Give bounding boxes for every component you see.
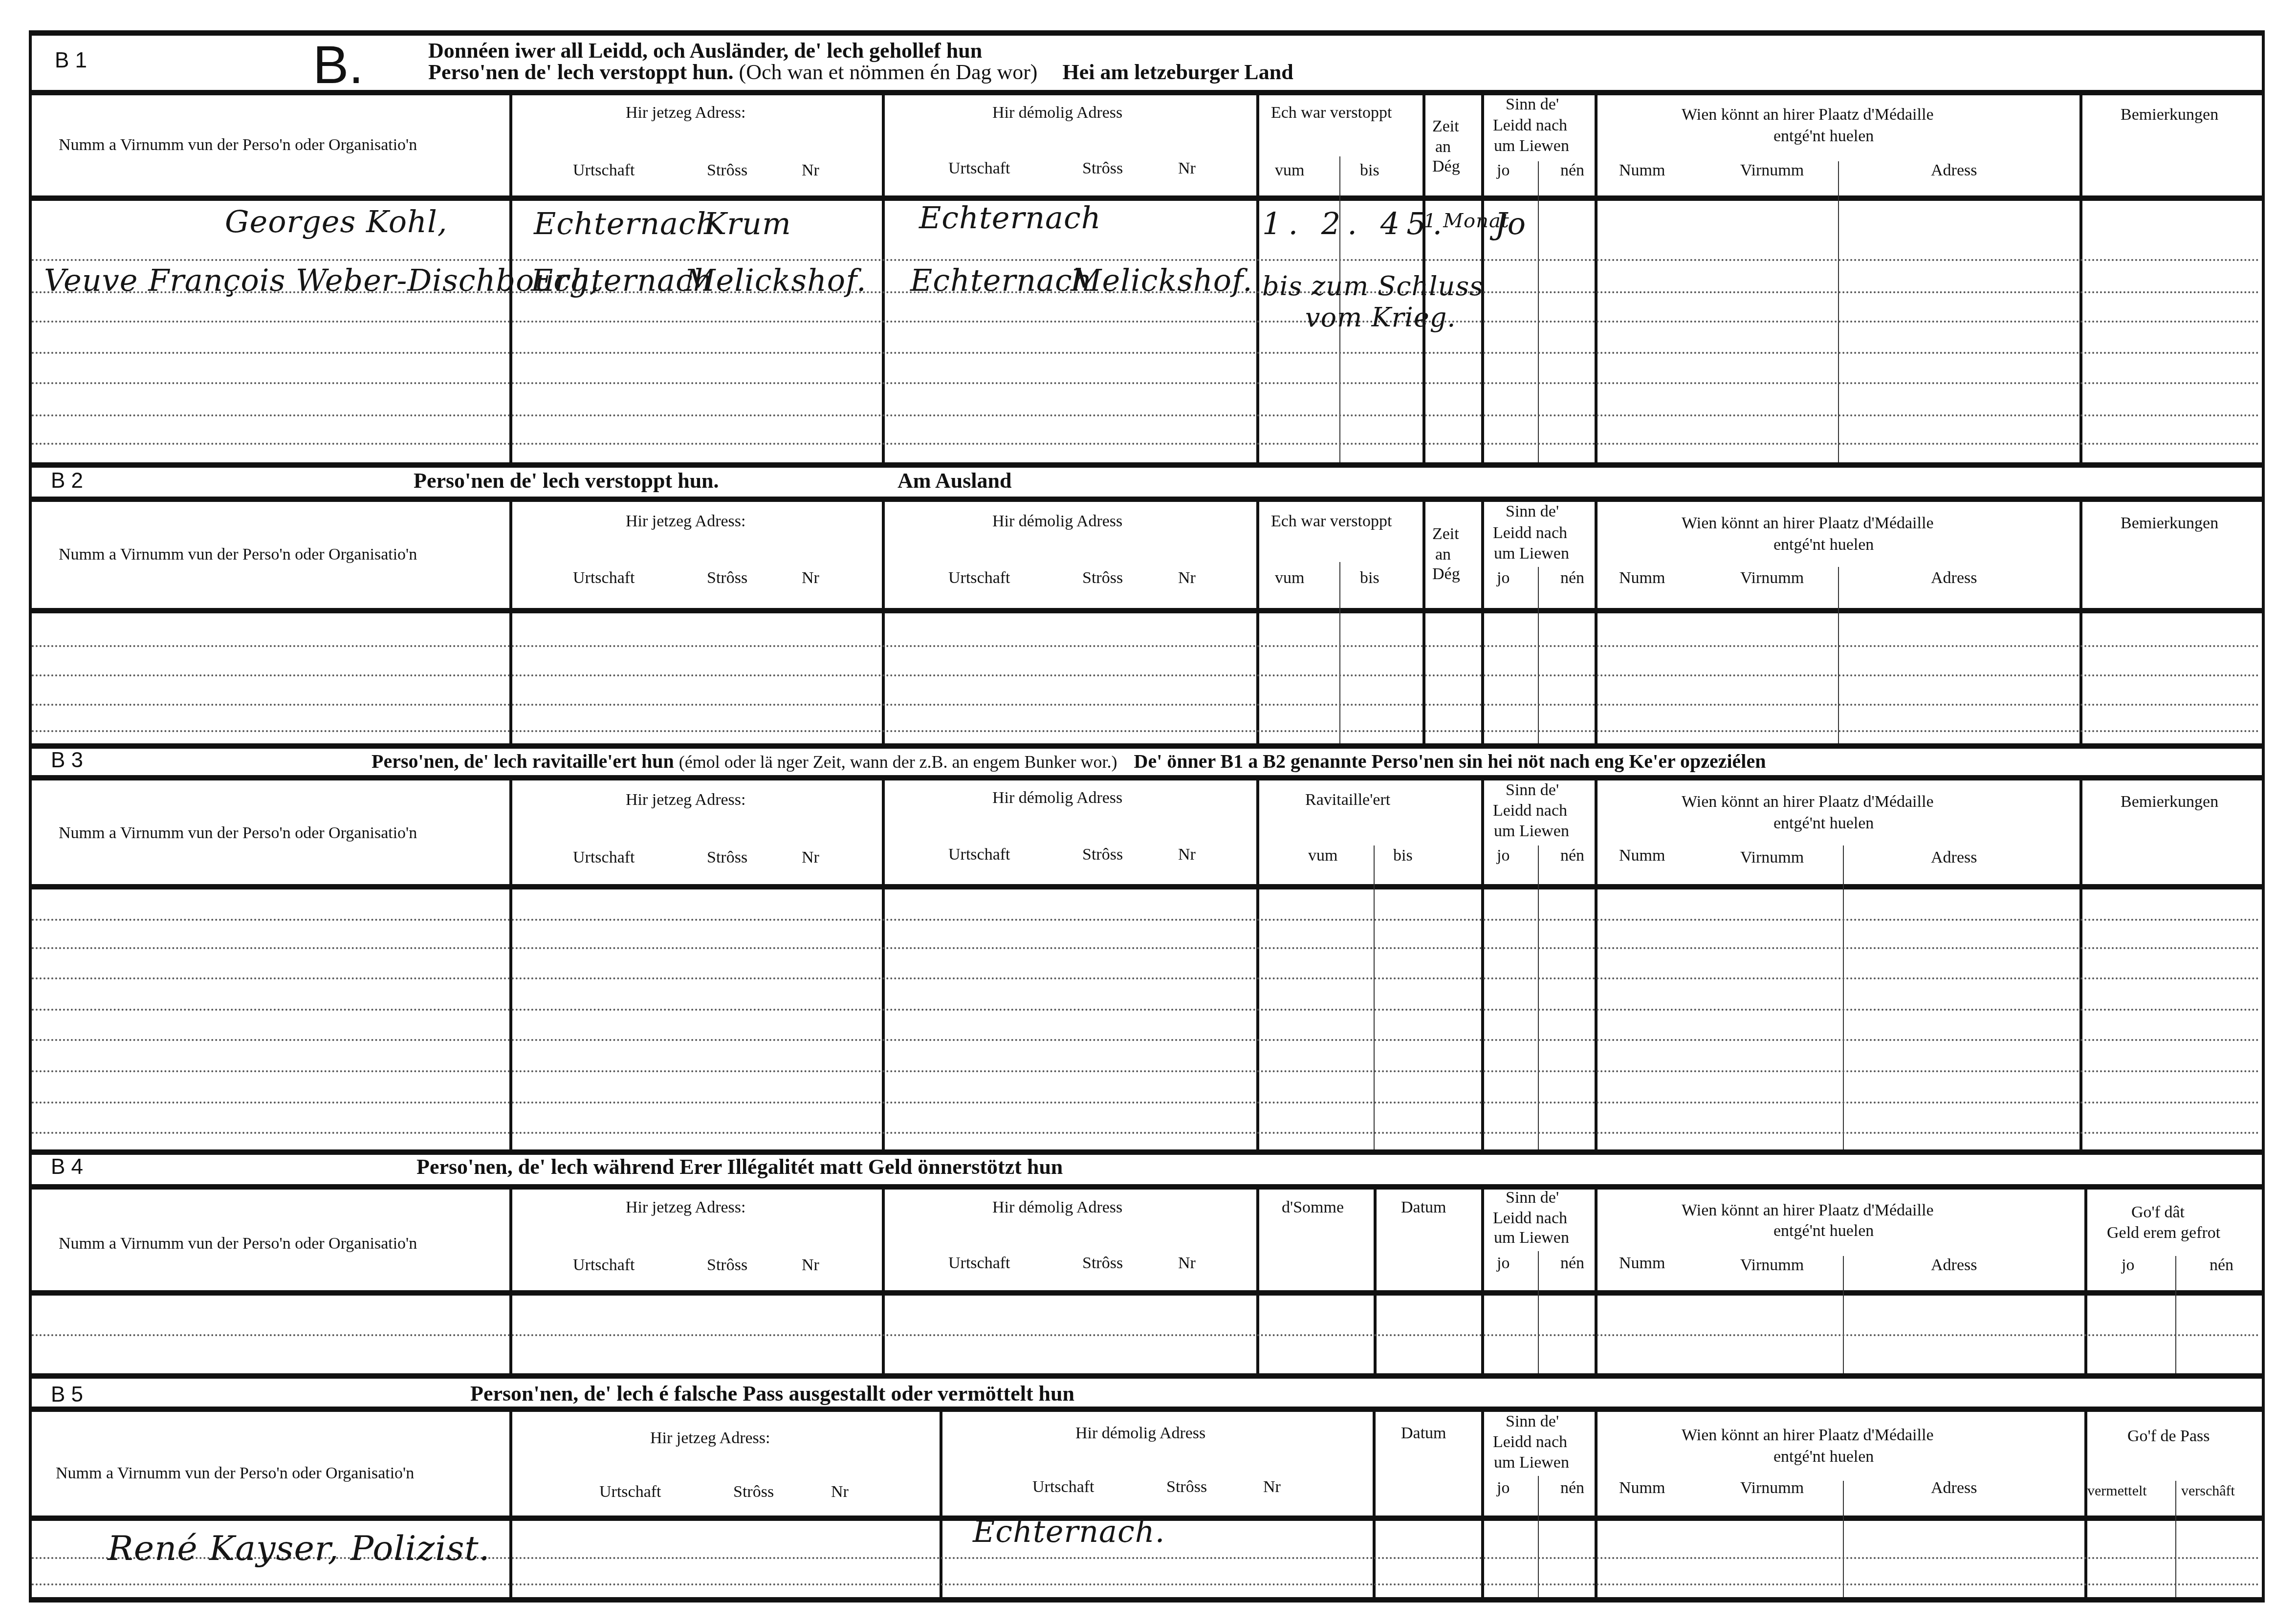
section-id: B 5	[51, 1383, 83, 1407]
header-from: vum	[1275, 569, 1304, 587]
header-medal-1: Wien könnt an hirer Plaatz d'Médaille	[1682, 1426, 1934, 1444]
col-divider	[1595, 1412, 1598, 1597]
entry-line	[32, 382, 2261, 384]
col-divider-thin	[2175, 1481, 2176, 1597]
entry-line	[32, 947, 2261, 949]
header-place: Urtschaft	[599, 1483, 661, 1501]
header-medal-name: Numm	[1619, 569, 1665, 587]
header-current-address: Hir jetzeg Adress:	[650, 1429, 770, 1447]
header-street: Strôss	[707, 1256, 747, 1274]
header-date: Datum	[1401, 1198, 1446, 1216]
col-divider	[1422, 502, 1425, 743]
entry-line	[32, 321, 2261, 323]
col-divider	[1256, 95, 1259, 462]
header-money-2: Geld erem gefrot	[2107, 1224, 2220, 1242]
header-to: bis	[1393, 846, 1413, 865]
header-current-address: Hir jetzeg Adress:	[626, 512, 746, 530]
header-nr: Nr	[1263, 1478, 1281, 1496]
section-title-line1: Donnéen iwer all Leidd, och Ausländer, d…	[428, 39, 982, 63]
col-divider	[1374, 1190, 1377, 1373]
header-saved-2: Leidd nach	[1493, 1209, 1567, 1227]
header-yes: jo	[1497, 161, 1510, 179]
header-street: Strôss	[707, 161, 747, 179]
col-divider	[1373, 1412, 1376, 1597]
header-medal-1: Wien könnt an hirer Plaatz d'Médaille	[1682, 793, 1934, 811]
col-divider-thin	[1843, 1256, 1844, 1373]
header-hidden: Ech war verstoppt	[1271, 512, 1392, 530]
entry-from[interactable]: 1. 2. 45.	[1262, 207, 1449, 240]
col-divider	[1256, 1190, 1259, 1373]
col-divider-thin	[1538, 845, 1539, 1149]
header-medal-firstname: Virnumm	[1740, 848, 1804, 866]
rule	[29, 195, 2265, 201]
header-saved-3: um Liewen	[1494, 822, 1569, 840]
header-medal-2: entgé'nt huelen	[1773, 1448, 1874, 1466]
col-divider	[882, 780, 885, 1149]
header-former-address: Hir démolig Adress	[992, 1198, 1122, 1216]
col-divider	[1481, 780, 1484, 1149]
section-title: Perso'nen, de' lech ravitaille'ert hun (…	[372, 751, 1766, 772]
rule	[29, 775, 2265, 780]
section-title-line2: Perso'nen de' lech verstoppt hun. (Och w…	[428, 61, 1293, 84]
col-divider-thin	[1843, 1481, 1844, 1597]
header-medal-name: Numm	[1619, 1254, 1665, 1272]
rule	[29, 30, 2265, 36]
entry-line	[32, 259, 2261, 261]
entry-line	[32, 1132, 2261, 1134]
section-id: B 3	[51, 749, 83, 772]
header-medal-2: entgé'nt huelen	[1773, 814, 1874, 832]
section-id: B 1	[55, 49, 87, 72]
rule	[29, 608, 2265, 613]
col-divider	[940, 1412, 942, 1597]
col-divider	[882, 502, 885, 743]
col-divider	[1595, 95, 1598, 462]
header-street: Strôss	[1082, 845, 1123, 864]
entry-line	[32, 977, 2261, 979]
header-nr: Nr	[802, 1256, 819, 1274]
header-remarks: Bemierkungen	[2121, 514, 2218, 532]
col-divider-thin	[1374, 845, 1375, 1149]
col-divider	[882, 1190, 885, 1373]
header-days-1: Zeit	[1432, 525, 1459, 543]
rule	[29, 497, 2265, 502]
header-no: nén	[1560, 1479, 1584, 1497]
col-divider-thin	[2175, 1256, 2176, 1373]
header-name: Numm a Virnumm vun der Perso'n oder Orga…	[59, 1234, 417, 1253]
entry-line	[32, 730, 2261, 732]
rule	[29, 90, 2265, 95]
header-saved-3: um Liewen	[1494, 544, 1569, 563]
header-days-3: Dég	[1432, 157, 1460, 175]
header-medal-address: Adress	[1931, 569, 1977, 587]
rule	[29, 1184, 2265, 1190]
header-remarks: Bemierkungen	[2121, 106, 2218, 124]
header-saved-1: Sinn de'	[1506, 502, 1559, 520]
header-saved-1: Sinn de'	[1506, 781, 1559, 799]
entry-line	[32, 1334, 2261, 1336]
header-yes: jo	[1497, 1254, 1510, 1272]
header-days-1: Zeit	[1432, 117, 1459, 135]
section-title-tail: Am Ausland	[897, 469, 1012, 493]
header-saved-2: Leidd nach	[1493, 524, 1567, 542]
rule	[29, 1373, 2265, 1379]
entry-line	[32, 414, 2261, 416]
entry-line	[32, 704, 2261, 706]
rule	[29, 1597, 2265, 1602]
header-current-address: Hir jetzeg Adress:	[626, 791, 746, 809]
header-to: bis	[1360, 161, 1379, 179]
header-medal-2: entgé'nt huelen	[1773, 1222, 1874, 1240]
header-yes: jo	[1497, 846, 1510, 865]
section-title: Perso'nen, de' lech während Erer Illégal…	[416, 1155, 1063, 1179]
header-place: Urtschaft	[948, 845, 1010, 864]
col-divider	[2084, 1412, 2087, 1597]
header-pass-mediated: vermettelt	[2087, 1483, 2147, 1499]
header-nr: Nr	[1178, 569, 1196, 587]
header-nr: Nr	[1178, 159, 1196, 177]
header-current-address: Hir jetzeg Adress:	[626, 1198, 746, 1216]
entry-saved-yes[interactable]: Jo	[1495, 207, 1526, 240]
header-place: Urtschaft	[948, 159, 1010, 177]
header-no: nén	[1560, 569, 1584, 587]
header-saved-3: um Liewen	[1494, 137, 1569, 155]
entry-line	[32, 919, 2261, 921]
header-days-3: Dég	[1432, 565, 1460, 583]
header-medal-1: Wien könnt an hirer Plaatz d'Médaille	[1682, 514, 1934, 532]
header-date: Datum	[1401, 1424, 1446, 1442]
col-divider	[2079, 780, 2082, 1149]
header-pass: Go'f de Pass	[2127, 1427, 2210, 1445]
header-saved-2: Leidd nach	[1493, 801, 1567, 820]
entry-former-place[interactable]: Echternach	[919, 201, 1101, 235]
header-from: vum	[1308, 846, 1337, 865]
rule	[29, 1290, 2265, 1296]
entry-line	[32, 352, 2261, 354]
header-sum: d'Somme	[1282, 1198, 1344, 1216]
rule	[29, 884, 2265, 889]
col-divider	[1595, 1190, 1598, 1373]
entry-line	[32, 1102, 2261, 1104]
entry-former-place[interactable]: Echternach.	[973, 1515, 1165, 1548]
col-divider	[1595, 780, 1598, 1149]
col-divider	[882, 95, 885, 462]
header-nr: Nr	[831, 1483, 849, 1501]
col-divider	[1481, 1412, 1484, 1597]
col-divider-thin	[1538, 1476, 1539, 1597]
col-divider	[1595, 502, 1598, 743]
header-place: Urtschaft	[948, 1254, 1010, 1272]
header-name: Numm a Virnumm vun der Perso'n oder Orga…	[56, 1464, 414, 1482]
header-medal-address: Adress	[1931, 1479, 1977, 1497]
header-place: Urtschaft	[573, 569, 635, 587]
col-divider	[509, 1412, 512, 1597]
entry-former-place[interactable]: Echternach	[910, 264, 1093, 297]
header-place: Urtschaft	[573, 161, 635, 179]
header-saved-1: Sinn de'	[1506, 1189, 1559, 1207]
entry-current-street[interactable]: Krum	[704, 207, 791, 240]
header-medal-firstname: Virnumm	[1740, 1256, 1804, 1274]
col-divider	[2079, 95, 2082, 462]
col-divider-thin	[1838, 161, 1839, 462]
header-street: Strôss	[733, 1483, 774, 1501]
section-id: B 4	[51, 1155, 83, 1179]
header-remarks: Bemierkungen	[2121, 793, 2218, 811]
header-days-2: an	[1435, 138, 1451, 156]
header-name: Numm a Virnumm vun der Perso'n oder Orga…	[59, 545, 417, 563]
header-saved-1: Sinn de'	[1506, 95, 1559, 113]
header-street: Strôss	[707, 569, 747, 587]
header-yes: jo	[1497, 1479, 1510, 1497]
col-divider	[2084, 1190, 2087, 1373]
rule	[29, 462, 2265, 468]
header-street: Strôss	[707, 848, 747, 866]
col-divider-thin	[1838, 567, 1839, 743]
col-divider	[1481, 1190, 1484, 1373]
col-divider-thin	[1339, 562, 1340, 743]
header-place: Urtschaft	[948, 569, 1010, 587]
col-divider	[509, 780, 512, 1149]
header-former-address: Hir démolig Adress	[992, 789, 1122, 807]
header-supplied: Ravitaille'ert	[1305, 791, 1390, 809]
header-nr: Nr	[802, 161, 819, 179]
header-medal-name: Numm	[1619, 161, 1665, 179]
entry-period-2[interactable]: vom Krieg.	[1305, 303, 1456, 332]
header-no: nén	[1560, 161, 1584, 179]
header-medal-name: Numm	[1619, 846, 1665, 865]
rule	[29, 1407, 2265, 1412]
header-nr: Nr	[802, 569, 819, 587]
header-name: Numm a Virnumm vun der Perso'n oder Orga…	[59, 824, 417, 842]
header-street: Strôss	[1082, 159, 1123, 177]
header-former-address: Hir démolig Adress	[992, 512, 1122, 530]
header-medal-1: Wien könnt an hirer Plaatz d'Médaille	[1682, 106, 1934, 124]
col-divider	[1481, 502, 1484, 743]
col-divider	[1256, 780, 1259, 1149]
header-pass-provided: verschâft	[2181, 1483, 2235, 1499]
header-medal-2: entgé'nt huelen	[1773, 127, 1874, 145]
header-medal-firstname: Virnumm	[1740, 569, 1804, 587]
entry-name[interactable]: Veuve François Weber-Dischbourg,	[44, 264, 599, 297]
header-no: nén	[1560, 1254, 1584, 1272]
header-saved-2: Leidd nach	[1493, 116, 1567, 134]
col-divider-thin	[1538, 567, 1539, 743]
header-money-yes: jo	[2122, 1256, 2134, 1274]
section-title: Perso'nen de' lech verstoppt hun.	[414, 469, 719, 493]
entry-name[interactable]: René Kayser, Polizist.	[108, 1530, 490, 1567]
col-divider	[509, 1190, 512, 1373]
header-days-2: an	[1435, 545, 1451, 563]
header-place: Urtschaft	[573, 1256, 635, 1274]
header-medal-firstname: Virnumm	[1740, 1479, 1804, 1497]
header-former-address: Hir démolig Adress	[1075, 1424, 1205, 1442]
entry-current-place[interactable]: Echternach	[534, 207, 716, 240]
header-to: bis	[1360, 569, 1379, 587]
header-medal-address: Adress	[1931, 1256, 1977, 1274]
header-saved-2: Leidd nach	[1493, 1433, 1567, 1451]
entry-period-1[interactable]: bis zum Schluss	[1262, 272, 1484, 301]
header-hidden: Ech war verstoppt	[1271, 104, 1392, 122]
entry-line	[32, 1039, 2261, 1041]
header-name: Numm a Virnumm vun der Perso'n oder Orga…	[59, 136, 417, 154]
header-saved-3: um Liewen	[1494, 1229, 1569, 1247]
form-letter: B.	[313, 35, 364, 94]
header-medal-name: Numm	[1619, 1479, 1665, 1497]
header-medal-2: entgé'nt huelen	[1773, 536, 1874, 554]
entry-line	[32, 645, 2261, 647]
entry-former-street[interactable]: Melickshof.	[1071, 264, 1253, 297]
rule	[29, 743, 2265, 749]
entry-line	[32, 443, 2261, 445]
header-nr: Nr	[1178, 845, 1196, 864]
header-medal-firstname: Virnumm	[1740, 161, 1804, 179]
header-street: Strôss	[1166, 1478, 1207, 1496]
header-former-address: Hir démolig Adress	[992, 104, 1122, 122]
rule	[29, 1149, 2265, 1155]
header-medal-address: Adress	[1931, 848, 1977, 866]
entry-line	[32, 1583, 2261, 1585]
header-saved-3: um Liewen	[1494, 1453, 1569, 1472]
col-divider-thin	[1538, 1251, 1539, 1373]
entry-line	[32, 1009, 2261, 1011]
col-divider-thin	[1538, 161, 1539, 462]
header-place: Urtschaft	[573, 848, 635, 866]
header-saved-1: Sinn de'	[1506, 1412, 1559, 1430]
col-divider-thin	[1843, 845, 1844, 1149]
header-street: Strôss	[1082, 569, 1123, 587]
entry-line	[32, 1070, 2261, 1072]
section-title: Person'nen, de' lech é falsche Pass ausg…	[470, 1382, 1074, 1406]
entry-name[interactable]: Georges Kohl,	[225, 205, 448, 238]
header-from: vum	[1275, 161, 1304, 179]
header-medal-1: Wien könnt an hirer Plaatz d'Médaille	[1682, 1201, 1934, 1219]
header-current-address: Hir jetzeg Adress:	[626, 104, 746, 122]
header-street: Strôss	[1082, 1254, 1123, 1272]
entry-current-street[interactable]: Melickshof.	[684, 264, 867, 297]
header-nr: Nr	[802, 848, 819, 866]
header-no: nén	[1560, 846, 1584, 865]
header-money-1: Go'f dât	[2131, 1203, 2185, 1221]
section-id: B 2	[51, 469, 83, 493]
header-money-no: nén	[2210, 1256, 2233, 1274]
header-yes: jo	[1497, 569, 1510, 587]
col-divider	[2079, 502, 2082, 743]
header-medal-address: Adress	[1931, 161, 1977, 179]
header-nr: Nr	[1178, 1254, 1196, 1272]
col-divider	[1256, 502, 1259, 743]
header-place: Urtschaft	[1032, 1478, 1094, 1496]
col-divider	[509, 502, 512, 743]
entry-line	[32, 674, 2261, 676]
